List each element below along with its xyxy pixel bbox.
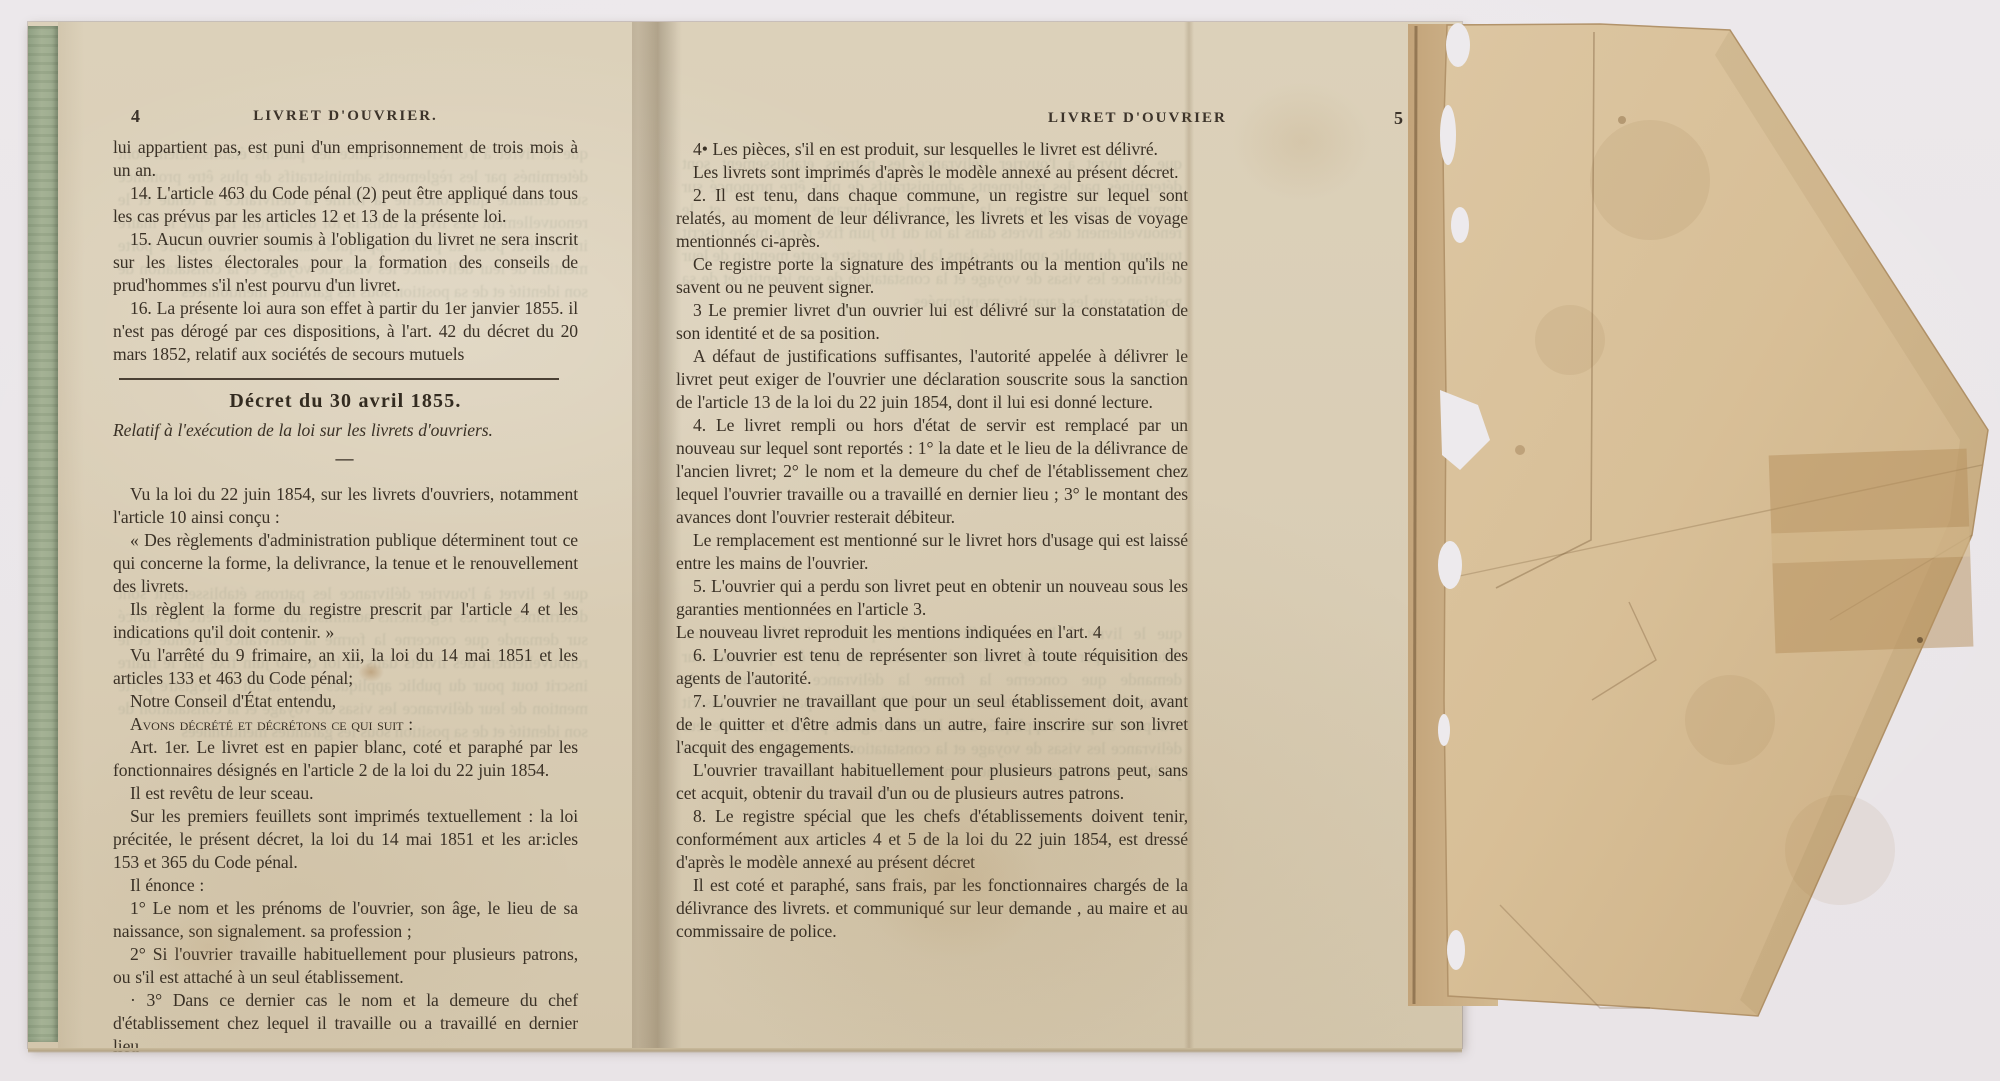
body-paragraph: 2° Si l'ouvrier travaille habituellement… [113, 943, 578, 989]
body-paragraph: Il énonce : [113, 874, 578, 897]
running-title: LIVRET D'OUVRIER [1048, 110, 1227, 127]
page-left: que le livret à l'ouvrier délivrance les… [58, 22, 660, 1048]
body-paragraph: 16. La présente loi aura son effet à par… [113, 297, 578, 366]
page-crease [1184, 22, 1194, 1048]
body-paragraph: Il est revêtu de leur sceau. [113, 782, 578, 805]
envelope-speck [1917, 637, 1923, 643]
body-paragraph: Sur les premiers feuillets sont imprimés… [113, 805, 578, 874]
body-paragraph: Ils règlent la forme du registre prescri… [113, 598, 578, 644]
tear-gap [1438, 541, 1462, 589]
envelope-stain [1535, 305, 1605, 375]
cover-edge-strip [28, 26, 58, 1042]
body-paragraph: 2. Il est tenu, dans chaque commune, un … [676, 184, 1188, 253]
body-paragraph: A défaut de justifications suffisantes, … [676, 345, 1188, 414]
left-running-head: 4 LIVRET D'OUVRIER. [113, 106, 578, 136]
body-paragraph: Ce registre porte la signature des impét… [676, 253, 1188, 299]
body-paragraph: Vu la loi du 22 juin 1854, sur les livre… [113, 483, 578, 529]
body-paragraph: · 3° Dans ce dernier cas le nom et la de… [113, 989, 578, 1058]
stub-fold-line [1414, 26, 1416, 1004]
left-body-text: lui appartient pas, est puni d'un empris… [113, 136, 578, 1058]
body-paragraph: Le remplacement est mentionné sur le liv… [676, 529, 1188, 575]
body-paragraph: 7. L'ouvrier ne travaillant que pour un … [676, 690, 1188, 759]
envelope-stain [1685, 675, 1775, 765]
section-rule [119, 378, 559, 380]
envelope-stain [1785, 795, 1895, 905]
body-paragraph: L'ouvrier travaillant habituellement pou… [676, 759, 1188, 805]
body-paragraph: Avons décrété et décrétons ce qui suit : [113, 713, 578, 736]
right-running-head: LIVRET D'OUVRIER 5 [676, 108, 1188, 138]
body-paragraph: Vu l'arrêté du 9 frimaire, an xii, la lo… [113, 644, 578, 690]
body-paragraph: 6. L'ouvrier est tenu de représenter son… [676, 644, 1188, 690]
body-paragraph: 14. L'article 463 du Code pénal (2) peut… [113, 182, 578, 228]
body-paragraph: lui appartient pas, est puni d'un empris… [113, 136, 578, 182]
body-paragraph: 1° Le nom et les prénoms de l'ouvrier, s… [113, 897, 578, 943]
body-paragraph: 4• Les pièces, s'il en est produit, sur … [676, 138, 1188, 161]
running-title: LIVRET D'OUVRIER. [253, 108, 438, 125]
dash-separator: — [113, 448, 578, 469]
tear-gap [1446, 23, 1470, 67]
right-body-text: 4• Les pièces, s'il en est produit, sur … [676, 138, 1188, 943]
envelope-speck [1515, 445, 1525, 455]
right-text-column: LIVRET D'OUVRIER 5 4• Les pièces, s'il e… [676, 108, 1188, 943]
envelope-speck [1618, 116, 1626, 124]
scan-background: que le livret à l'ouvrier délivrance les… [0, 0, 2000, 1081]
tear-gap [1438, 714, 1450, 746]
body-paragraph: Le nouveau livret reproduit les mentions… [676, 621, 1188, 644]
body-paragraph: Notre Conseil d'État entendu, [113, 690, 578, 713]
body-paragraph: Les livrets sont imprimés d'après le mod… [676, 161, 1188, 184]
body-paragraph: 3 Le premier livret d'un ouvrier lui est… [676, 299, 1188, 345]
paper-stain [1232, 82, 1372, 202]
body-paragraph: « Des règlements d'administration publiq… [113, 529, 578, 598]
decree-title: Décret du 30 avril 1855. [113, 390, 578, 413]
envelope-stain [1590, 120, 1710, 240]
body-paragraph: 15. Aucun ouvrier soumis à l'obligation … [113, 228, 578, 297]
body-paragraph: Art. 1er. Le livret est en papier blanc,… [113, 736, 578, 782]
tear-gap [1451, 207, 1469, 243]
body-paragraph: 4. Le livret rempli ou hors d'état de se… [676, 414, 1188, 529]
page-right: que le livret à l'ouvrier délivrance les… [632, 22, 1462, 1048]
booklet-spread: que le livret à l'ouvrier délivrance les… [28, 22, 1462, 1048]
body-paragraph: Il est coté et paraphé, sans frais, par … [676, 874, 1188, 943]
decree-subtitle: Relatif à l'exécution de la loi sur les … [113, 419, 578, 442]
envelope-flap [1400, 0, 2000, 1081]
tear-gap [1447, 930, 1465, 970]
body-paragraph: 8. Le registre spécial que les chefs d'é… [676, 805, 1188, 874]
tear-gap [1440, 105, 1456, 165]
page-number: 4 [131, 106, 140, 127]
body-paragraph: 5. L'ouvrier qui a perdu son livret peut… [676, 575, 1188, 621]
left-text-column: 4 LIVRET D'OUVRIER. lui appartient pas, … [113, 106, 578, 1058]
